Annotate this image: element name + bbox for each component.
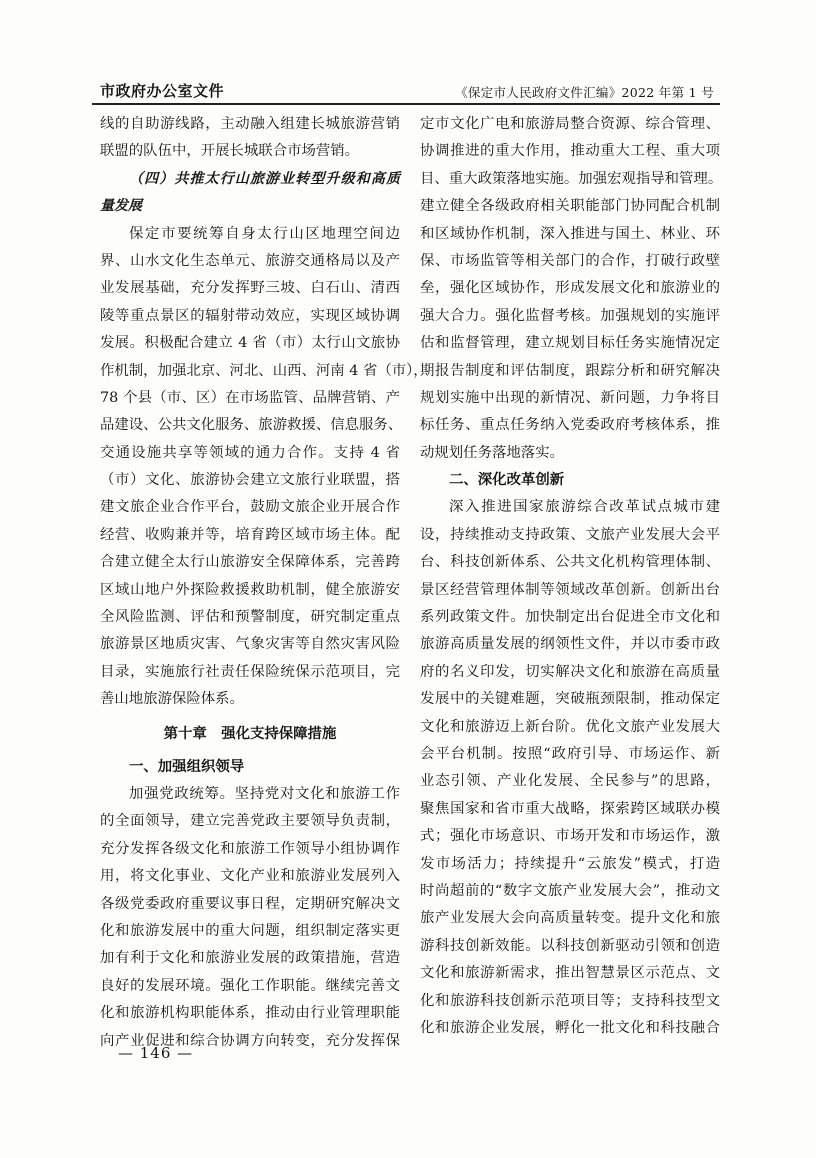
paragraph-start-line: 加强党政统筹。坚持党对文化和旅游工作 — [100, 781, 400, 808]
text-line: 期报告制度和评估制度，跟踪分析和研究解决 — [420, 358, 720, 385]
text-line: 良好的发展环境。强化工作职能。继续完善文 — [100, 973, 400, 1000]
text-line: 规划实施中出现的新情况、新问题，力争将目 — [420, 385, 720, 412]
text-line: 垒，强化区域协作，形成发展文化和旅游业的 — [420, 275, 720, 302]
section-heading: 二、深化改革创新 — [420, 467, 720, 494]
text-line: 标任务、重点任务纳入党委政府考核体系，推 — [420, 412, 720, 439]
text-line: 文化和旅游新需求，推出智慧景区示范点、文 — [420, 960, 720, 987]
text-line: 建立健全各级政府相关职能部门协同配合机制 — [420, 193, 720, 220]
text-line: 聚焦国家和省市重大战略，探索跨区域联办模 — [420, 796, 720, 823]
section-heading: 一、加强组织领导 — [100, 754, 400, 781]
text-line: 化和旅游科技创新示范项目等；支持科技型文 — [420, 988, 720, 1015]
text-line: 发市场活力；持续提升“云旅发”模式，打造 — [420, 851, 720, 878]
text-line: 作机制，加强北京、河北、山西、河南 4 省（市）， — [100, 358, 400, 385]
text-line: 和区域协作机制，深入推进与国土、林业、环 — [420, 221, 720, 248]
paragraph-end-line: 动规划任务落地落实。 — [420, 440, 720, 467]
header-rule-divider — [92, 103, 720, 105]
text-line: 区域山地户外探险救援救助机制，健全旅游安 — [100, 577, 400, 604]
paragraph-start-line: 深入推进国家旅游综合改革试点城市建 — [420, 494, 720, 521]
text-line: 界、山水文化生态单元、旅游交通格局以及产 — [100, 248, 400, 275]
text-line: 游科技创新效能。以科技创新驱动引领和创造 — [420, 933, 720, 960]
text-line: 发展中的关键难题，突破瓶颈限制，推动保定 — [420, 686, 720, 713]
text-line: 目录，实施旅行社责任保险统保示范项目，完 — [100, 659, 400, 686]
text-line: 估和监督管理，建立规划目标任务实施情况定 — [420, 330, 720, 357]
text-line: 台、科技创新体系、公共文化机构管理体制、 — [420, 549, 720, 576]
text-line: 品建设、公共文化服务、旅游救援、信息服务、 — [100, 412, 400, 439]
text-line: 全风险监测、评估和预警制度，研究制定重点 — [100, 604, 400, 631]
text-line: 交通设施共享等领域的通力合作。支持 4 省 — [100, 440, 400, 467]
text-line: 用，将文化事业、文化产业和旅游业发展列入 — [100, 863, 400, 890]
chapter-title: 第十章 强化支持保障措施 — [100, 714, 400, 754]
text-line: 定市文化广电和旅游局整合资源、综合管理、 — [420, 111, 720, 138]
text-line: 化和旅游机构职能体系，推动由行业管理职能 — [100, 1000, 400, 1027]
text-line: 业态引领、产业化发展、全民参与”的思路， — [420, 768, 720, 795]
right-text-column: 定市文化广电和旅游局整合资源、综合管理、协调推进的重大作用，推动重大工程、重大项… — [420, 111, 720, 1042]
left-text-column: 线的自助游线路，主动融入组建长城旅游营销联盟的队伍中，开展长城联合市场营销。（四… — [100, 111, 400, 1055]
text-line: 强大合力。强化监督考核。加强规划的实施评 — [420, 303, 720, 330]
text-line: 经营、收购兼并等，培育跨区域市场主体。配 — [100, 522, 400, 549]
text-line: 发展。积极配合建立 4 省（市）太行山文旅协 — [100, 330, 400, 357]
subsection-heading: （四）共推太行山旅游业转型升级和高质 — [100, 166, 400, 193]
text-line: （市）文化、旅游协会建立文旅行业联盟，搭 — [100, 467, 400, 494]
running-header-left: 市政府办公室文件 — [100, 80, 224, 101]
text-line: 目、重大政策落地实施。加强宏观指导和管理。 — [420, 166, 720, 193]
text-line: 78 个县（市、区）在市场监管、品牌营销、产 — [100, 385, 400, 412]
text-line: 线的自助游线路，主动融入组建长城旅游营销 — [100, 111, 400, 138]
text-line: 陵等重点景区的辐射带动效应，实现区域协调 — [100, 303, 400, 330]
text-line: 业发展基础，充分发挥野三坡、白石山、清西 — [100, 275, 400, 302]
text-line: 系列政策文件。加快制定出台促进全市文化和 — [420, 604, 720, 631]
paragraph-end-line: 善山地旅游保险体系。 — [100, 686, 400, 713]
text-line: 旅产业发展大会向高质量转变。提升文化和旅 — [420, 905, 720, 932]
text-line: 旅游景区地质灾害、气象灾害等自然灾害风险 — [100, 631, 400, 658]
text-line: 化和旅游企业发展，孵化一批文化和科技融合 — [420, 1015, 720, 1042]
text-line: 府的名义印发，切实解决文化和旅游在高质量 — [420, 659, 720, 686]
text-line: 景区经营管理体制等领域改革创新。创新出台 — [420, 577, 720, 604]
paragraph-start-line: 保定市要统筹自身太行山区地理空间边 — [100, 221, 400, 248]
text-line: 合建立健全太行山旅游安全保障体系，完善跨 — [100, 549, 400, 576]
text-line: 的全面领导，建立完善党政主要领导负责制， — [100, 808, 400, 835]
text-line: 建文旅企业合作平台，鼓励文旅企业开展合作 — [100, 494, 400, 521]
text-line: 文化和旅游迈上新台阶。优化文旅产业发展大 — [420, 714, 720, 741]
text-line: 时尚超前的“数字文旅产业发展大会”，推动文 — [420, 878, 720, 905]
running-header-right: 《保定市人民政府文件汇编》2022 年第 1 号 — [455, 83, 714, 101]
paragraph-end-line: 联盟的队伍中，开展长城联合市场营销。 — [100, 138, 400, 165]
text-line: 加有利于文化和旅游业发展的政策措施，营造 — [100, 945, 400, 972]
text-line: 协调推进的重大作用，推动重大工程、重大项 — [420, 138, 720, 165]
text-line: 化和旅游发展中的重大问题，组织制定落实更 — [100, 918, 400, 945]
text-line: 旅游高质量发展的纲领性文件，并以市委市政 — [420, 631, 720, 658]
subsection-heading: 量发展 — [100, 193, 400, 220]
text-line: 会平台机制。按照“政府引导、市场运作、新 — [420, 741, 720, 768]
page-number: — 146 — — [118, 1044, 193, 1062]
text-line: 保、市场监管等相关部门的合作，打破行政壁 — [420, 248, 720, 275]
text-line: 充分发挥各级文化和旅游工作领导小组协调作 — [100, 836, 400, 863]
text-line: 各级党委政府重要议事日程，定期研究解决文 — [100, 891, 400, 918]
text-line: 式；强化市场意识、市场开发和市场运作，激 — [420, 823, 720, 850]
text-line: 设，持续推动支持政策、文旅产业发展大会平 — [420, 522, 720, 549]
